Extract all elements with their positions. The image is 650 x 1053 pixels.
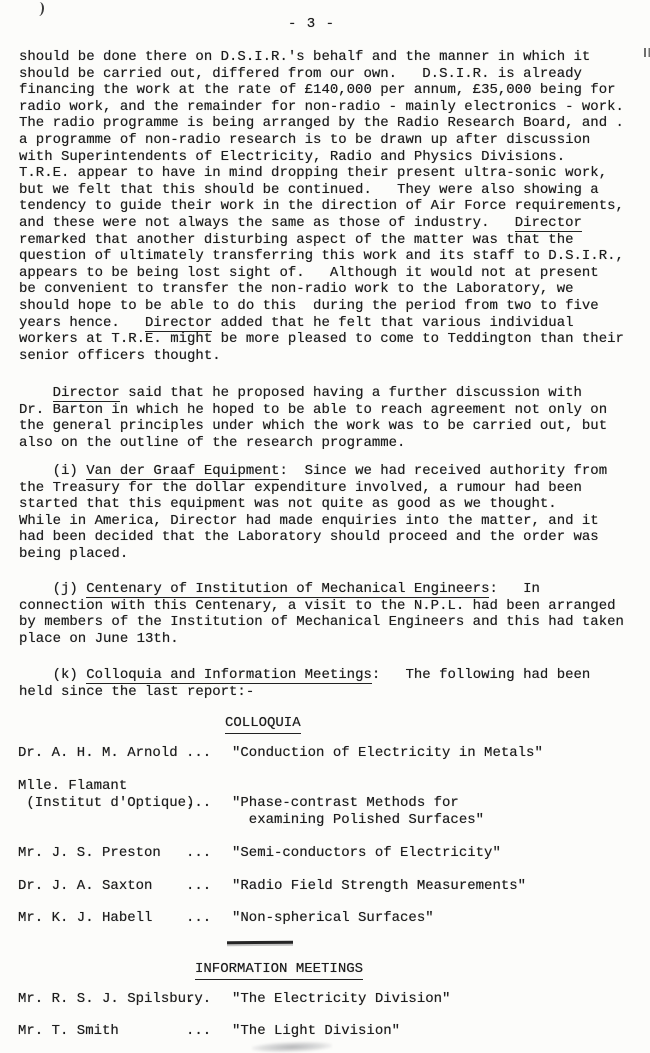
- page-number: - 3 -: [288, 16, 335, 33]
- paragraph-item-j-centenary: (j) Centenary of Institution of Mechanic…: [19, 581, 643, 647]
- dots-leader: ...: [186, 910, 211, 927]
- paragraph-item-i-van-der-graaf: (i) Van der Graaf Equipment: Since we ha…: [19, 463, 643, 563]
- speaker-name: Dr. J. A. Saxton: [18, 878, 152, 895]
- talk-title: "Semi-conductors of Electricity": [232, 845, 501, 862]
- talk-title: "The Light Division": [232, 1023, 400, 1040]
- scanned-document-page: - 3 - should be done there on D.S.I.R.'s…: [0, 0, 650, 1053]
- dots-leader: ...: [186, 845, 211, 862]
- information-meetings-heading: INFORMATION MEETINGS: [195, 961, 363, 980]
- talk-title: "The Electricity Division": [232, 991, 450, 1008]
- dots-leader: ...: [186, 878, 211, 895]
- scan-artifact-curl: [37, 2, 44, 16]
- paragraph-director-barton: Director said that he proposed having a …: [19, 385, 643, 451]
- paragraph-item-k-colloquia: (k) Colloquia and Information Meetings: …: [19, 667, 643, 700]
- colloquia-heading: COLLOQUIA: [225, 715, 301, 734]
- talk-title: "Phase-contrast Methods for examining Po…: [232, 778, 484, 828]
- dots-leader: ...: [186, 778, 211, 812]
- dots-leader: ...: [186, 1023, 211, 1040]
- speaker-name: Mr. K. J. Habell: [18, 910, 152, 927]
- talk-title: "Radio Field Strength Measurements": [232, 878, 526, 895]
- scan-artifact-smudge: [252, 1041, 332, 1053]
- dots-leader: ...: [186, 745, 211, 762]
- speaker-name: Mr. J. S. Preston: [18, 845, 161, 862]
- scan-artifact-mark: [644, 48, 650, 57]
- separator-line: [227, 941, 293, 944]
- speaker-name: Mr. R. S. J. Spilsbury: [18, 991, 203, 1008]
- speaker-name: Mlle. Flamant (Institut d'Optique): [18, 778, 194, 812]
- speaker-name: Dr. A. H. M. Arnold: [18, 745, 178, 762]
- paragraph-dsir-discussion: should be done there on D.S.I.R.'s behal…: [19, 49, 643, 364]
- speaker-name: Mr. T. Smith: [18, 1023, 119, 1040]
- talk-title: "Non-spherical Surfaces": [232, 910, 434, 927]
- dots-leader: ...: [186, 991, 211, 1008]
- talk-title: "Conduction of Electricity in Metals": [232, 745, 543, 762]
